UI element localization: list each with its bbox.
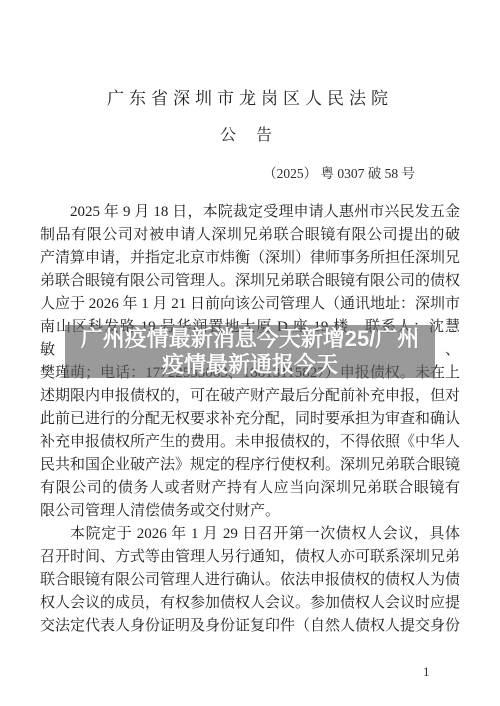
document-line: 交法定代表人身份证明及身份证复印件（自然人债权人提交身份 — [40, 615, 460, 638]
document-line: 本院定于 2026 年 1 月 29 日召开第一次债权人会议，具体 — [40, 523, 460, 546]
document-line: 此前已进行的分配无权要求补充分配，同时要承担为审查和确认 — [40, 408, 460, 431]
paragraph-2: 本院定于 2026 年 1 月 29 日召开第一次债权人会议，具体召开时间、方式… — [40, 523, 460, 638]
document-line: 述期限内申报债权的，可在破产财产最后分配前补充申报，但对 — [40, 385, 460, 408]
document-line: 产清算申请，并指定北京市炜衡（深圳）律师事务所担任深圳兄 — [40, 247, 460, 270]
document-line: 权人会议的成员，有权参加债权人会议。参加债权人会议时应提 — [40, 592, 460, 615]
document-line: 2025 年 9 月 18 日，本院裁定受理申请人惠州市兴民发五金 — [40, 201, 460, 224]
document-page: 广东省深圳市龙岗区人民法院 公 告 （2025） 粤 0307 破 58 号 2… — [0, 0, 500, 706]
document-line: 限公司管理人清偿债务或交付财产。 — [40, 500, 460, 523]
document-line: 召开时间、方式等由管理人另行通知，债权人亦可联系深圳兄弟 — [40, 546, 460, 569]
overlay-banner: 广州疫情最新消息今天新增25/广州 疫情最新通报今天 — [65, 325, 435, 378]
page-number: 1 — [423, 664, 430, 680]
document-line: 民共和国企业破产法》规定的程序行使权利。深圳兄弟联合眼镜 — [40, 454, 460, 477]
case-number: （2025） 粤 0307 破 58 号 — [40, 162, 460, 182]
document-body: 2025 年 9 月 18 日，本院裁定受理申请人惠州市兴民发五金制品有限公司对… — [40, 201, 460, 638]
document-line: 弟联合眼镜有限公司管理人。深圳兄弟联合眼镜有限公司的债权 — [40, 270, 460, 293]
document-type-title: 公 告 — [0, 122, 500, 145]
court-name: 广东省深圳市龙岗区人民法院 — [0, 84, 500, 109]
document-line: 人应于 2026 年 1 月 21 日前向该公司管理人（通讯地址：深圳市 — [40, 293, 460, 316]
document-line: 补充申报债权所产生的费用。未申报债权的，不得依照《中华人 — [40, 431, 460, 454]
document-line: 联合眼镜有限公司管理人进行确认。依法申报债权的债权人为债 — [40, 569, 460, 592]
document-line: 有限公司的债务人或者财产持有人应当向深圳兄弟联合眼镜有 — [40, 477, 460, 500]
document-line: 制品有限公司对被申请人深圳兄弟联合眼镜有限公司提出的破 — [40, 224, 460, 247]
overlay-text-line-1: 广州疫情最新消息今天新增25/广州 — [81, 326, 420, 352]
overlay-text-line-2: 疫情最新通报今天 — [162, 352, 338, 378]
